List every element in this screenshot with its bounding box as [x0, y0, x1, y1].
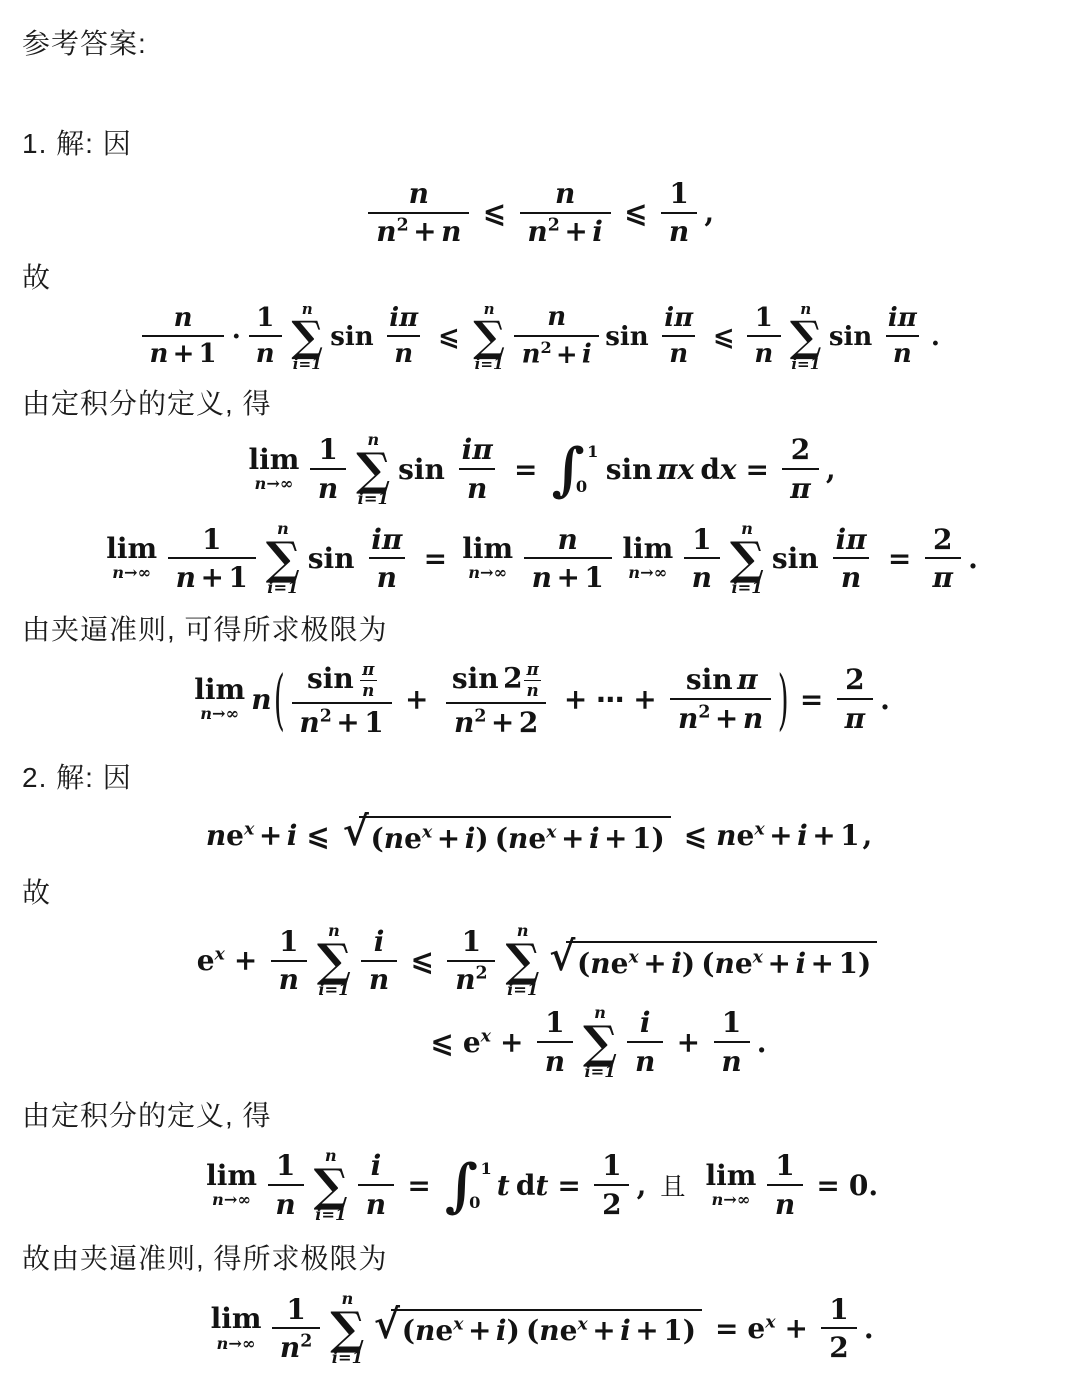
- formula-3-integral-limit: limn→∞ 1n n∑i=1 sin iπn = ∫10 sinπxdx = …: [22, 432, 1056, 507]
- math-token: n: [206, 819, 226, 852]
- math-token: +: [785, 1312, 808, 1345]
- math-token: ): [682, 947, 695, 980]
- math-group: nex+i+1: [716, 819, 859, 852]
- math-token: 1: [480, 1159, 491, 1178]
- math-token: +: [500, 1026, 523, 1059]
- math-token: 0: [576, 477, 599, 496]
- math-token: n: [547, 302, 566, 332]
- math-group: n2+n: [670, 698, 771, 734]
- limit-operator: limn→∞: [249, 446, 300, 493]
- math-group: n: [358, 1184, 394, 1220]
- fraction: in: [361, 926, 397, 996]
- math-token: n: [522, 340, 541, 370]
- summation: n∑i=1: [291, 302, 323, 372]
- summation: n∑i=1: [356, 432, 390, 507]
- formula-1-base-inequality: nn2+n ⩽ nn2+i ⩽ 1n ,: [22, 178, 1056, 248]
- math-token: ): [651, 822, 664, 855]
- math-token: x: [481, 1026, 491, 1046]
- fraction: sin2πnn2+2: [442, 660, 551, 738]
- math-token: ): [475, 822, 488, 855]
- math-group: n2+i: [514, 335, 599, 370]
- math-token: 1: [199, 339, 217, 369]
- math-token: i: [589, 822, 600, 855]
- math-token: +: [633, 683, 656, 716]
- math-token: 2: [548, 216, 560, 236]
- math-group: n: [684, 557, 720, 593]
- math-token: x: [422, 822, 432, 842]
- fraction: iπn: [382, 304, 425, 369]
- math-token: iπ: [371, 523, 402, 556]
- math-token: n: [743, 702, 763, 735]
- math-token: i=1: [731, 580, 762, 596]
- math-token: n→∞: [711, 1192, 750, 1208]
- math-token: i: [465, 822, 476, 855]
- fraction: nn2+n: [368, 178, 469, 248]
- math-token: iπ: [888, 303, 917, 333]
- math-token: n: [467, 472, 487, 505]
- math-token: ∑: [291, 319, 323, 355]
- summation: n∑i=1: [266, 521, 300, 596]
- math-token: sin: [307, 662, 354, 695]
- math-token: n: [256, 339, 275, 369]
- integral: ∫10: [552, 441, 599, 498]
- math-group: n: [401, 178, 437, 212]
- math-token: 0: [469, 1193, 492, 1212]
- math-token: ,: [637, 1169, 647, 1202]
- math-token: iπ: [835, 523, 866, 556]
- math-token: ∑: [506, 941, 540, 980]
- math-token: x: [244, 820, 254, 840]
- math-token: i=1: [315, 1207, 346, 1223]
- fraction: iπn: [657, 304, 700, 369]
- math-token: n: [678, 702, 698, 735]
- math-token: =: [715, 1312, 738, 1345]
- math-token: π: [845, 702, 866, 735]
- fraction: iπn: [454, 434, 501, 504]
- math-token: n: [532, 561, 552, 594]
- math-token: 1: [268, 1150, 303, 1184]
- math-token: lim: [106, 535, 157, 563]
- math-group: πn: [524, 660, 541, 700]
- math-token: n: [279, 963, 299, 996]
- math-group: n: [524, 680, 541, 700]
- limit-operator: limn→∞: [194, 676, 245, 723]
- math-token: i: [640, 1006, 651, 1039]
- math-token: n: [635, 1045, 655, 1078]
- math-token: t: [497, 1169, 510, 1202]
- math-token: ∑: [790, 319, 822, 355]
- math-token: n: [539, 1314, 559, 1347]
- math-token: n: [545, 1045, 565, 1078]
- math-token: =: [407, 1169, 430, 1202]
- math-token: +: [604, 822, 627, 855]
- math-token: .: [880, 683, 890, 716]
- math-token: (: [402, 1314, 415, 1347]
- fraction: 2π: [925, 524, 961, 594]
- fraction: 1n2: [447, 926, 495, 996]
- math-token: i: [374, 925, 385, 958]
- math-group: x: [244, 820, 254, 840]
- math-token: n: [669, 339, 688, 369]
- math-group: n: [537, 1041, 573, 1077]
- math-token: n: [721, 1045, 741, 1078]
- math-token: π: [790, 472, 811, 505]
- math-group: n: [459, 468, 495, 504]
- definite-integral-note-1: 由定积分的定义, 得: [22, 382, 1056, 422]
- math-token: x: [754, 820, 764, 840]
- math-group: n: [360, 680, 377, 700]
- fraction: iπn: [363, 524, 410, 594]
- math-token: ⩽: [438, 322, 460, 352]
- formula-9-final-limit-2: limn→∞ 1n2 n∑i=1 √(nex+i)(nex+i+1) = ex …: [22, 1291, 1056, 1366]
- math-group: x: [481, 1026, 491, 1046]
- math-token: +: [769, 819, 792, 852]
- solution-1-heading: 1. 解: 因: [22, 122, 1056, 162]
- math-token: 1: [364, 706, 383, 739]
- math-token: 1: [661, 178, 696, 212]
- math-token: +: [413, 215, 436, 248]
- math-token: n: [454, 706, 474, 739]
- math-token: n: [527, 680, 539, 700]
- math-token: 2: [397, 216, 409, 236]
- math-group: x: [453, 1315, 463, 1335]
- math-token: i=1: [293, 357, 322, 372]
- math-group: π: [360, 660, 377, 679]
- math-group: n: [714, 1041, 750, 1077]
- math-token: iπ: [389, 303, 418, 333]
- limit-operator: limn→∞: [462, 535, 513, 582]
- connector-therefore-2: 故: [22, 871, 1056, 911]
- math-token: +: [556, 340, 578, 370]
- math-token: +: [643, 947, 666, 980]
- math-token: =: [816, 1169, 839, 1202]
- math-token: n: [415, 1314, 435, 1347]
- math-token: e: [737, 819, 755, 852]
- math-token: x: [628, 948, 638, 968]
- math-group: n: [550, 524, 586, 558]
- fraction: iπn: [881, 304, 924, 369]
- math-group: n: [369, 557, 405, 593]
- math-token: n: [174, 303, 193, 333]
- math-group: x: [628, 948, 638, 968]
- summation: n∑i=1: [317, 923, 351, 998]
- math-token: +: [592, 1314, 615, 1347]
- math-token: 2: [821, 1327, 856, 1363]
- math-token: 1: [684, 524, 719, 558]
- limit-operator: limn→∞: [211, 1305, 262, 1352]
- math-token: lim: [206, 1162, 257, 1190]
- math-group: πn: [360, 660, 377, 700]
- math-token: sin: [605, 322, 648, 352]
- math-token: ): [858, 947, 871, 980]
- math-token: +: [561, 822, 584, 855]
- math-token: i: [797, 819, 808, 852]
- formula-7-inequality-lower: ⩽ ex + 1n n∑i=1 in + 1n .: [77, 1005, 1080, 1080]
- math-token: 2: [540, 338, 551, 357]
- math-token: e: [463, 1026, 481, 1059]
- math-group: sin2πn: [442, 660, 551, 702]
- math-token: n: [558, 523, 578, 556]
- math-token: 1: [821, 1294, 856, 1328]
- math-group: i: [632, 1007, 658, 1041]
- math-group: x: [577, 1315, 587, 1335]
- math-token: ,: [826, 453, 836, 486]
- math-token: +: [635, 1314, 658, 1347]
- math-token: n: [455, 963, 475, 996]
- math-group: iπ: [881, 304, 924, 335]
- math-token: ⩽: [410, 944, 433, 977]
- math-token: 2: [594, 1184, 629, 1220]
- math-token: i=1: [267, 580, 298, 596]
- math-token: ,: [862, 819, 872, 852]
- math-token: i: [496, 1314, 507, 1347]
- math-token: n: [714, 947, 734, 980]
- math-token: =: [514, 453, 537, 486]
- math-token: ⋯: [596, 683, 624, 716]
- solution-2-heading: 2. 解: 因: [22, 756, 1056, 796]
- math-token: 1: [249, 304, 282, 335]
- math-token: n: [409, 177, 429, 210]
- math-token: n: [384, 822, 404, 855]
- math-token: lim: [249, 446, 300, 474]
- math-token: lim: [622, 535, 673, 563]
- math-token: i: [671, 947, 682, 980]
- math-token: n: [692, 561, 712, 594]
- math-token: n: [716, 819, 736, 852]
- reference-answer-sheet: 参考答案: 1. 解: 因 nn2+n ⩽ nn2+i ⩽ 1n , 故 nn+…: [0, 0, 1080, 1366]
- math-group: π: [925, 557, 961, 593]
- math-group: 10: [478, 1159, 492, 1213]
- math-token: n: [394, 339, 413, 369]
- math-group: ex: [463, 1026, 491, 1059]
- math-group: n: [271, 960, 307, 996]
- math-group: tdt: [497, 1169, 549, 1202]
- math-token: e: [197, 944, 215, 977]
- fraction: 2π: [782, 434, 818, 504]
- fraction: 1n2: [272, 1294, 320, 1364]
- math-token: ⩽: [430, 1026, 453, 1059]
- math-token: 1: [194, 524, 229, 558]
- math-token: 2: [474, 707, 486, 727]
- math-token: n: [590, 947, 610, 980]
- math-token: x: [720, 453, 737, 486]
- limit-operator: limn→∞: [206, 1162, 257, 1209]
- math-token: 1: [632, 822, 651, 855]
- math-token: i=1: [791, 357, 820, 372]
- math-token: n: [508, 822, 528, 855]
- math-token: 1: [228, 561, 247, 594]
- math-group: 10: [585, 442, 599, 496]
- math-token: 2: [503, 662, 522, 695]
- fraction: 2π: [837, 664, 873, 734]
- math-token: +: [556, 561, 579, 594]
- fraction: 1n: [537, 1007, 573, 1077]
- math-token: =: [746, 453, 769, 486]
- math-token: n: [893, 339, 912, 369]
- math-token: √: [343, 814, 369, 852]
- math-group: n: [547, 178, 583, 212]
- math-token: sin: [772, 542, 819, 575]
- math-group: i: [363, 1150, 389, 1184]
- math-token: n→∞: [112, 565, 151, 581]
- math-token: 1: [714, 1007, 749, 1041]
- math-group: x: [215, 945, 225, 965]
- math-token: x: [753, 948, 763, 968]
- math-token: e: [435, 1314, 453, 1347]
- fraction: 1n: [310, 434, 346, 504]
- math-token: lim: [462, 535, 513, 563]
- math-token: (: [526, 1314, 539, 1347]
- math-token: i=1: [358, 491, 389, 507]
- math-token: √: [374, 1307, 400, 1345]
- math-token: +: [564, 215, 587, 248]
- math-token: n: [441, 215, 461, 248]
- math-group: ex: [197, 944, 225, 977]
- math-token: i=1: [507, 982, 538, 998]
- integral: ∫10: [445, 1157, 492, 1214]
- math-group: n2+n: [368, 212, 469, 248]
- math-token: 2: [320, 707, 332, 727]
- fraction: 1n: [249, 304, 282, 369]
- math-token: .: [757, 1026, 767, 1059]
- math-group: 0.: [849, 1169, 878, 1202]
- math-group: x: [753, 948, 763, 968]
- math-token: n: [841, 561, 861, 594]
- math-token: 2: [519, 706, 538, 739]
- square-root: √(nex+i)(nex+i+1): [549, 941, 877, 980]
- math-token: 2: [300, 1332, 312, 1352]
- math-token: x: [215, 945, 225, 965]
- math-group: n+1: [142, 335, 224, 369]
- math-token: x: [765, 1313, 775, 1333]
- math-token: 1: [767, 1150, 802, 1184]
- summation: n∑i=1: [506, 923, 540, 998]
- formula-8-integral-t: limn→∞ 1n n∑i=1 in = ∫10 tdt = 12 , 且 li…: [22, 1148, 1056, 1223]
- square-root: √(nex+i)(nex+i+1): [374, 1309, 702, 1348]
- math-token: n: [362, 680, 374, 700]
- formula-2-sum-inequality: nn+1 · 1n n∑i=1 sin iπn ⩽ n∑i=1 nn2+i si…: [22, 302, 1056, 372]
- math-token: ⩽: [713, 322, 735, 352]
- limit-operator: limn→∞: [705, 1162, 756, 1209]
- math-token: e: [226, 819, 244, 852]
- math-token: ⩽: [684, 819, 707, 852]
- summation: n∑i=1: [330, 1291, 364, 1366]
- math-token: n: [775, 1188, 795, 1221]
- math-token: 1: [537, 1007, 572, 1041]
- fraction: 1n: [684, 524, 720, 594]
- fraction: nn2+i: [514, 303, 599, 370]
- fraction: nn+1: [142, 304, 224, 369]
- math-token: 1: [454, 926, 489, 960]
- math-token: n: [275, 1188, 295, 1221]
- math-token: n: [299, 706, 319, 739]
- limit-operator: limn→∞: [622, 535, 673, 582]
- math-group: (nex+i)(nex+i+1): [391, 1309, 703, 1348]
- square-root: √(nex+i)(nex+i+1): [343, 816, 671, 855]
- math-group: (nex+i)(nex+i+1): [359, 816, 671, 855]
- math-token: π: [933, 561, 954, 594]
- math-token: n→∞: [212, 1192, 251, 1208]
- math-group: n+1: [168, 557, 256, 593]
- math-token: 1: [663, 1314, 682, 1347]
- document-title: 参考答案:: [22, 22, 1056, 62]
- math-token: +: [715, 702, 738, 735]
- math-token: i: [620, 1314, 631, 1347]
- formula-4-limit-product: limn→∞ 1n+1 n∑i=1 sin iπn = limn→∞ nn+1 …: [22, 521, 1056, 596]
- math-token: 1: [311, 434, 346, 468]
- formula-5-final-limit-1: limn→∞ n ( sinπnn2+1 + sin2πnn2+2 + ⋯ + …: [22, 660, 1056, 738]
- math-group: n: [662, 335, 695, 369]
- formula-6-sqrt-bounds: nex+i ⩽ √(nex+i)(nex+i+1) ⩽ nex+i+1 ,: [22, 816, 1056, 855]
- math-group: n2: [272, 1327, 320, 1363]
- fraction: 1n+1: [168, 524, 256, 594]
- math-token: +: [234, 944, 257, 977]
- math-token: 2: [925, 524, 960, 558]
- math-group: n: [747, 335, 780, 369]
- math-token: d: [516, 1169, 536, 1202]
- math-token: n→∞: [255, 476, 294, 492]
- math-token: ): [683, 1314, 696, 1347]
- math-token: sin: [686, 663, 733, 696]
- math-token: 1: [748, 304, 781, 335]
- fraction: 12: [821, 1294, 856, 1364]
- math-token: =: [424, 542, 447, 575]
- math-token: i=1: [584, 1064, 615, 1080]
- math-token: sin: [398, 453, 445, 486]
- math-token: πx: [657, 453, 694, 486]
- connector-therefore-1: 故: [22, 256, 1056, 296]
- math-token: (: [701, 947, 714, 980]
- math-token: lim: [194, 676, 245, 704]
- math-token: +: [491, 706, 514, 739]
- math-token: ∑: [314, 1166, 348, 1205]
- math-group: n+1: [524, 557, 612, 593]
- math-token: +: [811, 947, 834, 980]
- math-token: ∑: [473, 319, 505, 355]
- math-token: n: [318, 472, 338, 505]
- math-token: 1: [587, 442, 598, 461]
- math-token: ∑: [583, 1023, 617, 1062]
- fraction: 12: [594, 1150, 629, 1220]
- math-group: (nex+i)(nex+i+1): [566, 941, 878, 980]
- math-token: +: [677, 1026, 700, 1059]
- math-token: e: [404, 822, 422, 855]
- math-group: π: [524, 660, 541, 679]
- math-token: n: [366, 1188, 386, 1221]
- math-token: 0: [849, 1169, 868, 1202]
- summation: n∑i=1: [790, 302, 822, 372]
- math-group: nex+i: [206, 819, 298, 852]
- definite-integral-note-2: 由定积分的定义, 得: [22, 1094, 1056, 1134]
- squeeze-theorem-note-2: 故由夹逼准则, 得所求极限为: [22, 1237, 1056, 1277]
- math-group: n: [361, 960, 397, 996]
- math-group: x: [765, 1313, 775, 1333]
- math-group: n: [310, 468, 346, 504]
- math-token: ⩽: [306, 819, 329, 852]
- math-token: n: [376, 215, 396, 248]
- math-token: .: [968, 542, 978, 575]
- math-token: sin: [452, 662, 499, 695]
- math-token: i=1: [332, 1350, 363, 1366]
- fraction: iπn: [828, 524, 875, 594]
- math-token: i: [371, 1149, 382, 1182]
- conjunction-and: 且: [660, 1167, 685, 1203]
- math-token: lim: [211, 1305, 262, 1333]
- math-group: n: [540, 303, 573, 334]
- math-token: (: [577, 947, 590, 980]
- math-token: i=1: [318, 982, 349, 998]
- math-token: 1: [584, 561, 603, 594]
